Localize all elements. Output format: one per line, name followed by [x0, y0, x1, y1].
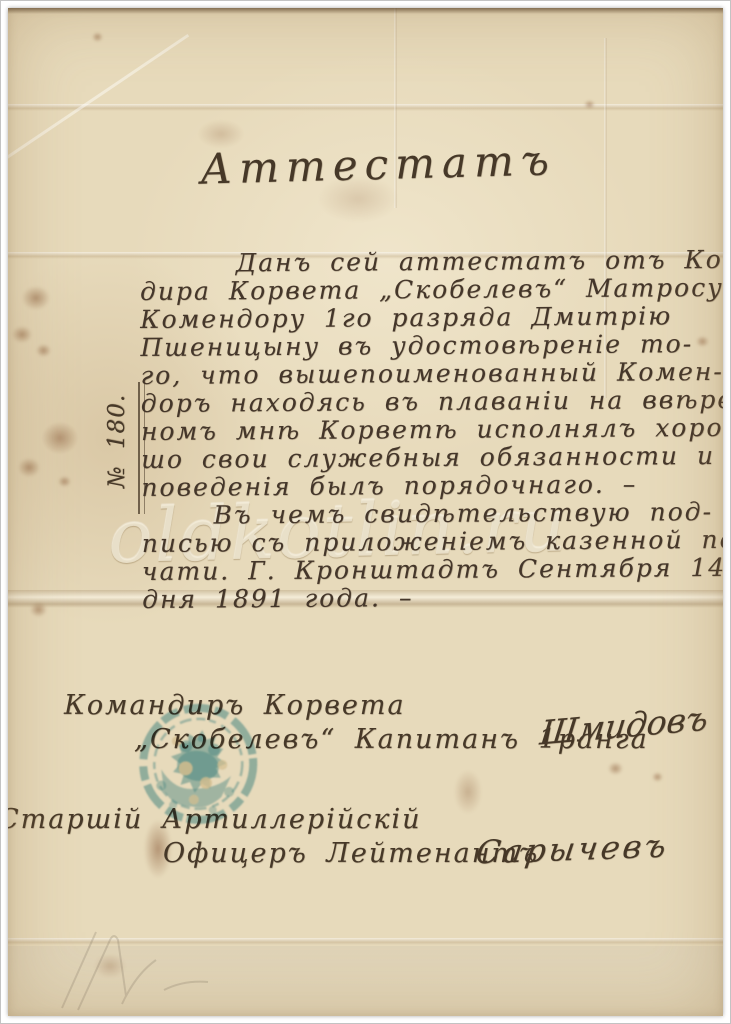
body-text: Данъ сей аттестатъ отъ Коман- дира Корве…	[140, 246, 715, 614]
stain	[12, 326, 32, 343]
stain	[22, 286, 50, 310]
photo-frame: oldkotlin.ru Аттестатъ № 180. Данъ сей а…	[0, 0, 731, 1024]
imperial-double-eagle-stamp-icon	[127, 697, 271, 836]
scanned-document-photo: oldkotlin.ru Аттестатъ № 180. Данъ сей а…	[0, 0, 731, 1024]
stain	[30, 602, 47, 617]
aged-paper-sheet: oldkotlin.ru Аттестатъ № 180. Данъ сей а…	[8, 8, 723, 1016]
officer-signature: Сарычевъ	[473, 827, 671, 872]
stain	[608, 762, 623, 775]
captain-signature: Шмидовъ	[538, 698, 710, 752]
stain	[18, 458, 40, 477]
stain	[92, 32, 103, 42]
pencil-scribble	[44, 926, 254, 1016]
margin-registry-number: № 180.	[104, 394, 130, 488]
stain	[42, 422, 78, 454]
stain	[36, 344, 51, 357]
stain	[58, 476, 71, 487]
body-line: чати. Г. Кронштадтъ Сентября 14	[142, 554, 714, 586]
body-line: дня 1891 года. –	[142, 582, 714, 614]
stain	[454, 770, 482, 814]
stain	[584, 100, 595, 109]
stain	[652, 772, 663, 782]
